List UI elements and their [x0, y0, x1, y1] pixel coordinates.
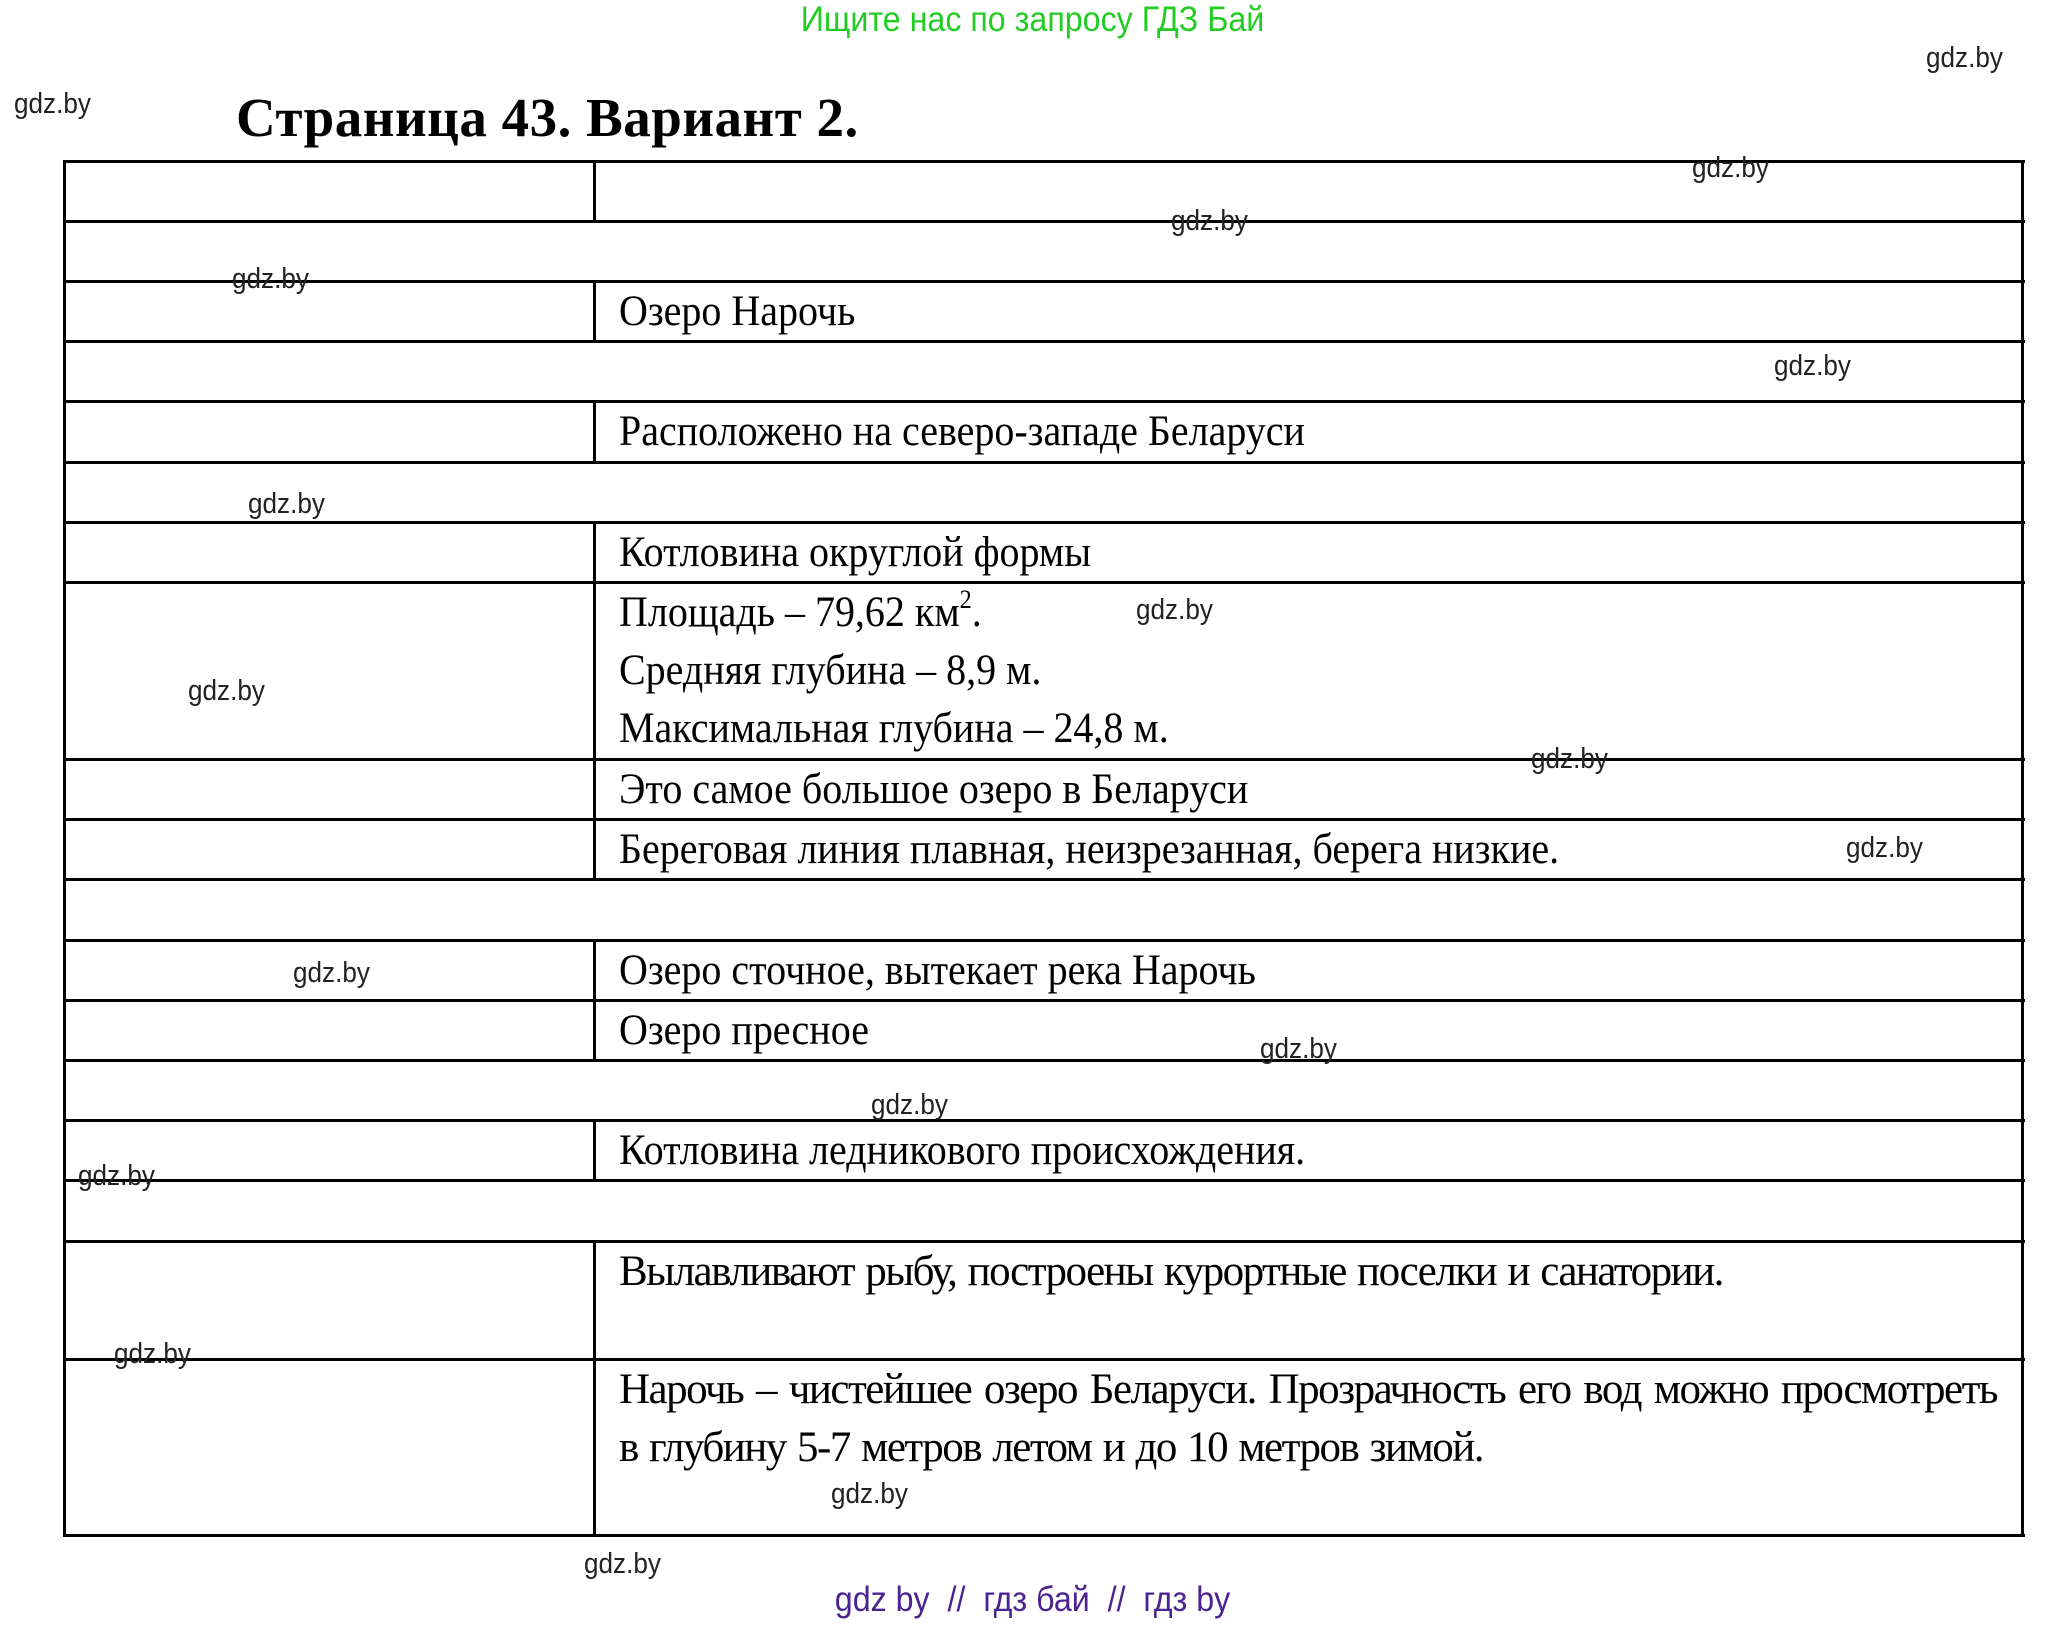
table-rule	[593, 280, 596, 343]
table-cell-answer: Котловина округлой формы	[619, 524, 1091, 582]
answer-table: Озеро НарочьРасположено на северо-западе…	[0, 0, 2065, 1629]
table-rule	[63, 1534, 2025, 1537]
table-cell-answer: Котловина ледникового происхождения.	[619, 1122, 1305, 1180]
watermark: gdz.by	[114, 1338, 191, 1370]
watermark: gdz.by	[1260, 1033, 1337, 1065]
table-rule	[593, 1358, 596, 1537]
table-cell-answer: Нарочь – чистейшее озеро Беларуси. Прозр…	[619, 1361, 1997, 1477]
table-rule	[63, 220, 2025, 223]
watermark: gdz.by	[232, 263, 309, 295]
table-cell-answer: Расположено на северо-западе Беларуси	[619, 403, 1305, 461]
table-cell-answer: Площадь – 79,62 км2.Средняя глубина – 8,…	[619, 584, 1169, 758]
table-rule	[63, 1059, 2025, 1062]
answer-line: Вылавливают рыбу, построены курортные по…	[619, 1243, 1997, 1301]
answer-line: Озеро сточное, вытекает река Нарочь	[619, 942, 1256, 1000]
answer-line: Котловина ледникового происхождения.	[619, 1122, 1305, 1180]
table-rule	[63, 160, 66, 1537]
table-rule	[593, 160, 596, 223]
watermark: gdz.by	[871, 1089, 948, 1121]
watermark: gdz.by	[1774, 350, 1851, 382]
table-cell-answer: Озеро сточное, вытекает река Нарочь	[619, 942, 1256, 1000]
table-rule	[63, 280, 2025, 283]
table-cell-answer: Вылавливают рыбу, построены курортные по…	[619, 1243, 1997, 1301]
watermark: gdz.by	[1692, 152, 1769, 184]
table-rule	[593, 758, 596, 821]
watermark: gdz.by	[584, 1548, 661, 1580]
watermark: gdz.by	[1171, 205, 1248, 237]
watermark: gdz.by	[1926, 42, 2003, 74]
watermark: gdz.by	[293, 957, 370, 989]
table-cell-answer: Это самое большое озеро в Беларуси	[619, 761, 1248, 819]
watermark: gdz.by	[14, 88, 91, 120]
answer-line: Расположено на северо-западе Беларуси	[619, 403, 1305, 461]
table-rule	[593, 400, 596, 464]
table-cell-answer: Озеро Нарочь	[619, 283, 855, 341]
watermark: gdz.by	[248, 488, 325, 520]
answer-line: Озеро Нарочь	[619, 283, 855, 341]
table-rule	[593, 581, 596, 761]
watermark: gdz.by	[1136, 594, 1213, 626]
table-rule	[63, 461, 2025, 464]
watermark: gdz.by	[1846, 832, 1923, 864]
watermark: gdz.by	[831, 1478, 908, 1510]
answer-line: Котловина округлой формы	[619, 524, 1091, 582]
table-rule	[593, 818, 596, 881]
watermark: gdz.by	[78, 1160, 155, 1192]
table-rule	[593, 999, 596, 1062]
table-rule	[2021, 160, 2024, 1537]
answer-line: Нарочь – чистейшее озеро Беларуси. Прозр…	[619, 1361, 1997, 1477]
answer-line: Береговая линия плавная, неизрезанная, б…	[619, 821, 1559, 879]
answer-line: Максимальная глубина – 24,8 м.	[619, 700, 1169, 758]
answer-line: Средняя глубина – 8,9 м.	[619, 642, 1169, 700]
watermark: gdz.by	[1531, 743, 1608, 775]
table-cell-answer: Береговая линия плавная, неизрезанная, б…	[619, 821, 1559, 879]
watermark: gdz.by	[188, 675, 265, 707]
footer-links[interactable]: gdz by // гдз бай // гдз by	[83, 1580, 1983, 1620]
table-rule	[593, 1240, 596, 1361]
table-rule	[593, 939, 596, 1002]
answer-line: Площадь – 79,62 км2.	[619, 584, 1169, 642]
table-rule	[593, 1119, 596, 1182]
table-cell-answer: Озеро пресное	[619, 1002, 869, 1060]
answer-line: Озеро пресное	[619, 1002, 869, 1060]
table-rule	[63, 340, 2025, 343]
answer-line: Это самое большое озеро в Беларуси	[619, 761, 1248, 819]
table-rule	[593, 521, 596, 584]
